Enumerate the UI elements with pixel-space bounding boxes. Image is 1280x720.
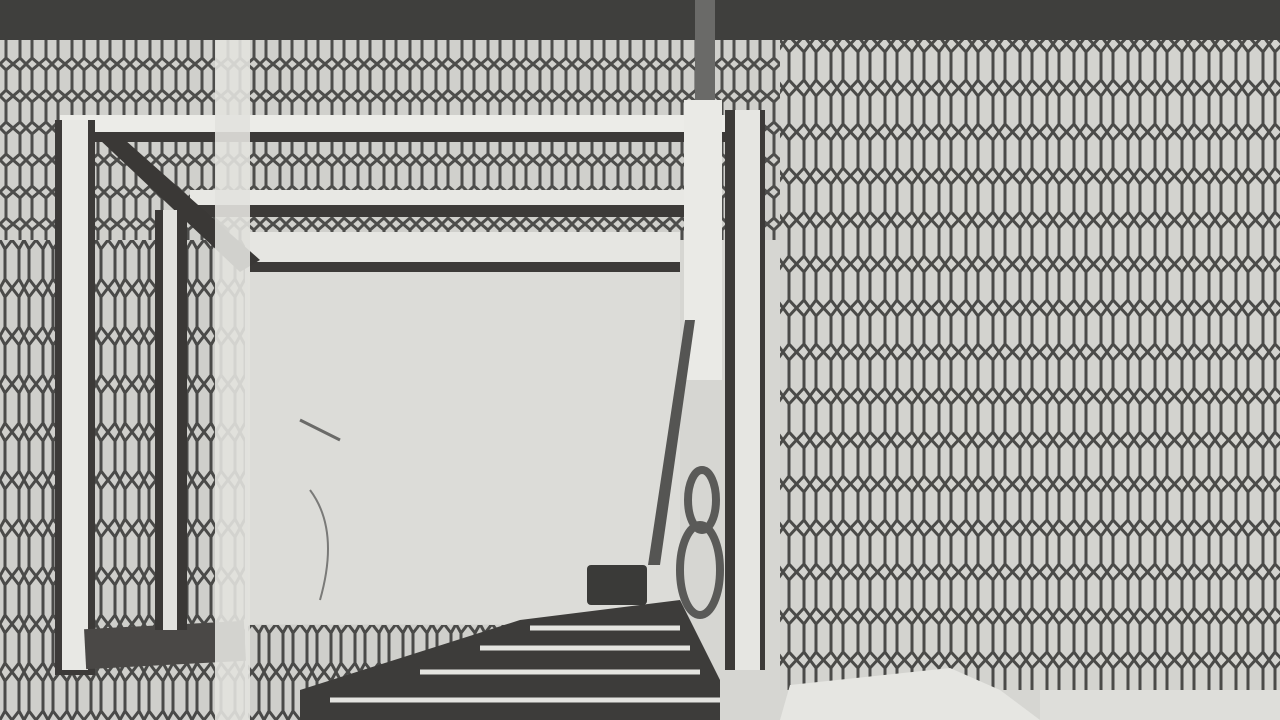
right-mesh-panel (780, 40, 1280, 690)
snowy-mesh-enclosure-photo (0, 0, 1280, 720)
